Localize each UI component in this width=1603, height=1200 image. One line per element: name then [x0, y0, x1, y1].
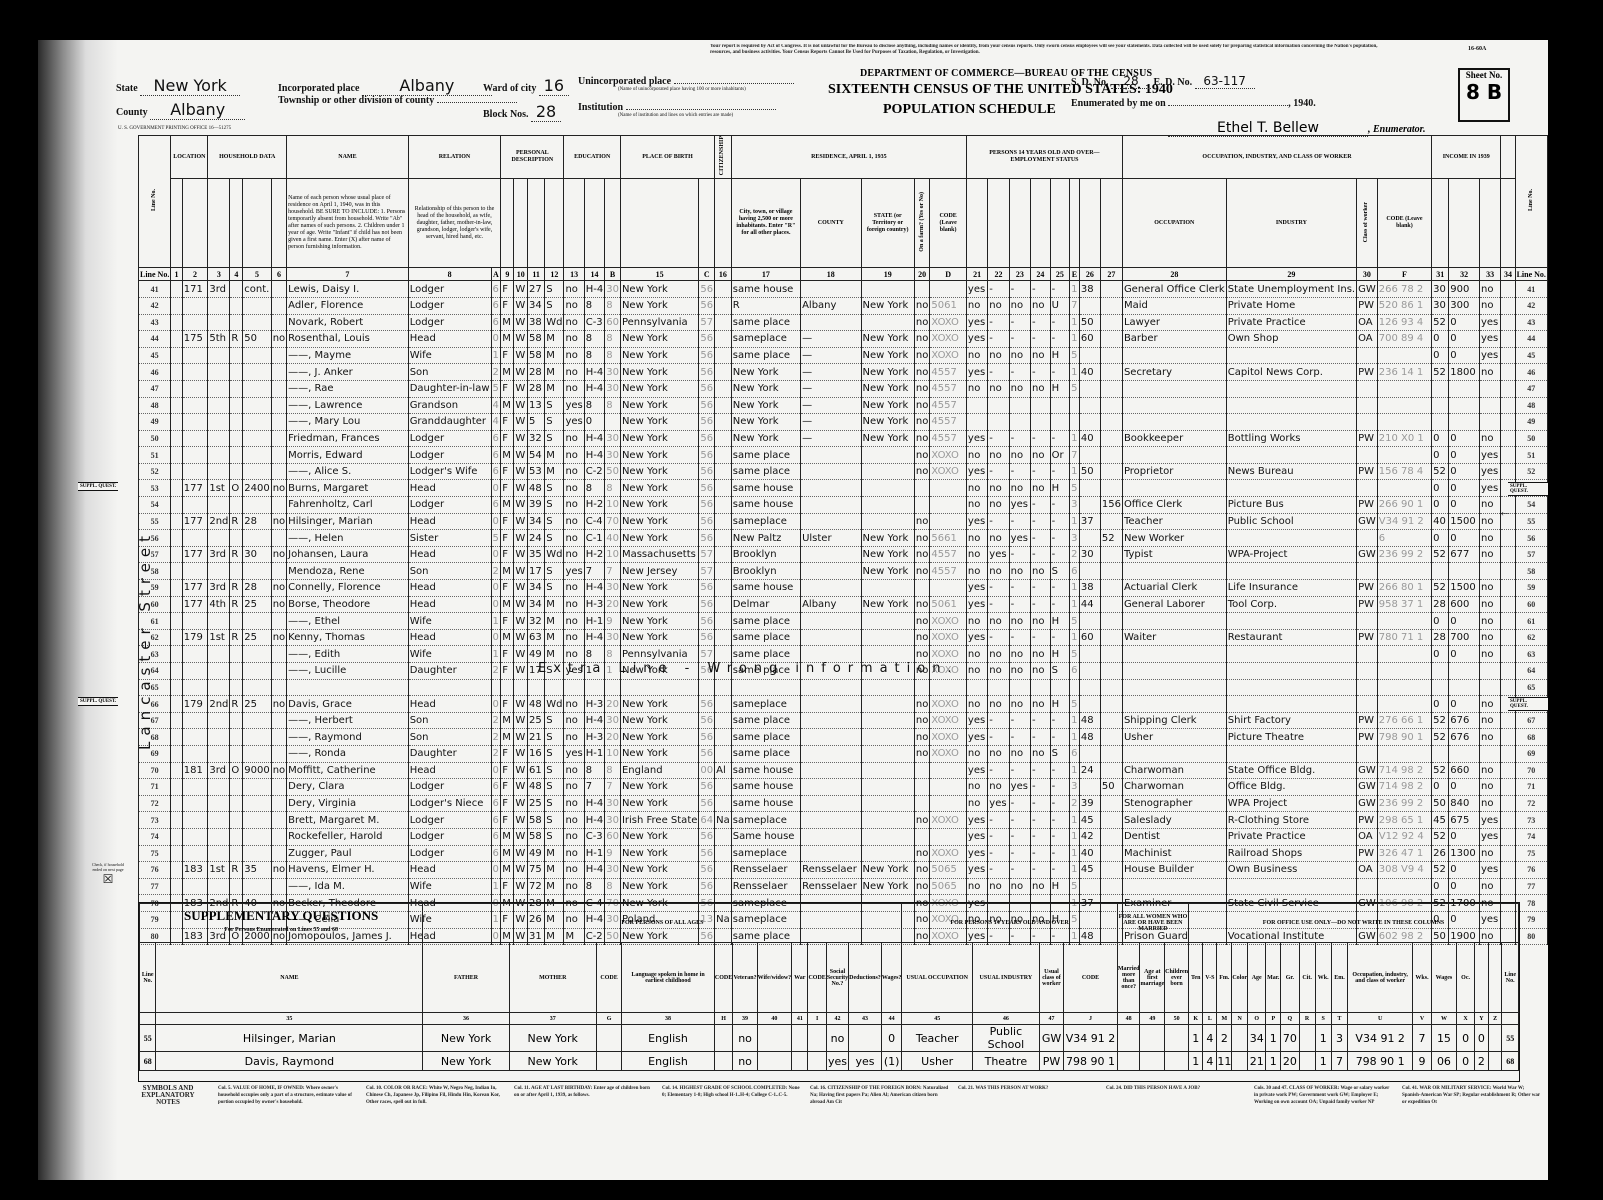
cell-c34 [1501, 878, 1515, 895]
cell-res-county [801, 679, 861, 696]
cell-c32: 0 [1449, 497, 1480, 514]
cell-num [208, 380, 230, 397]
cell-c32: 676 [1449, 712, 1480, 729]
cell-birthplace: New York [620, 364, 698, 381]
cell-res-farm: no [914, 878, 929, 895]
cell-own: R [230, 596, 243, 613]
supp-cell-line: 55 [140, 1025, 156, 1052]
cell-own: R [230, 629, 243, 646]
cell-c21 [966, 397, 987, 414]
cell-grade: H-1 [584, 613, 605, 630]
cell-relation: Head [408, 546, 491, 563]
cell-num [208, 314, 230, 331]
cell-c27 [1100, 364, 1122, 381]
cell-code-a: 6 [491, 845, 501, 862]
cell-c33: no [1479, 364, 1500, 381]
col-21 [966, 179, 987, 268]
cell-school [564, 679, 584, 696]
line-number: 46 [139, 364, 171, 381]
cell-farm [271, 712, 286, 729]
table-row: 49——, Mary LouGranddaughter4FW5Syes0New … [139, 414, 1548, 431]
cell-code-e: 1 [1070, 828, 1080, 845]
cell-house [182, 613, 208, 630]
cell-c25: - [1050, 497, 1069, 514]
cell-code-b: 8 [605, 397, 621, 414]
supp-col-header: Cit. [1299, 943, 1315, 1013]
cell-code-d: XOXO [930, 812, 967, 829]
cell-birthplace: New York [620, 297, 698, 314]
cell-code-e: 5 [1070, 696, 1080, 713]
cell-c25: - [1050, 513, 1069, 530]
cell-code-c: 56 [699, 480, 715, 497]
supp-cell-q: 20 [1281, 1052, 1299, 1071]
supp-col-header: Line No. [140, 943, 156, 1013]
supp-col-header [1474, 943, 1488, 1013]
cell-house [182, 447, 208, 464]
cell-race: W [514, 281, 528, 298]
col-33 [1479, 179, 1500, 268]
cell-res-state: New York [861, 546, 914, 563]
line-number: 51 [139, 447, 171, 464]
cell-code-d [930, 497, 967, 514]
col-23 [1009, 179, 1030, 268]
supp-cell-code-h [714, 1052, 733, 1071]
cell-occupation [1122, 480, 1226, 497]
cell-class: PW [1357, 712, 1378, 729]
line-number-right: 41 [1515, 281, 1547, 298]
cell-occupation: General Laborer [1122, 596, 1226, 613]
cell-industry: Office Bldg. [1226, 779, 1356, 796]
cell-c25 [1050, 414, 1069, 431]
line-number-right: 58 [1515, 563, 1547, 580]
cell-code-c: 00 [699, 762, 715, 779]
cell-c32: 700 [1449, 629, 1480, 646]
cell-industry: Own Business [1226, 862, 1356, 879]
cell-citizen: Al [715, 762, 732, 779]
cell-code-a: 1 [491, 878, 501, 895]
cell-relation: Head [408, 480, 491, 497]
cell-c21 [966, 679, 987, 696]
cell-code-d: XOXO [930, 712, 967, 729]
cell-c23: no [1009, 663, 1030, 680]
cell-own: R [230, 331, 243, 348]
cell-c32: 0 [1449, 530, 1480, 547]
cell-industry: Private Home [1226, 297, 1356, 314]
cell-age: 54 [528, 447, 545, 464]
cell-code-c: 57 [699, 314, 715, 331]
cell-c24: - [1031, 596, 1051, 613]
cell-num [208, 812, 230, 829]
cell-c25: - [1050, 463, 1069, 480]
cell-birthplace: New York [620, 862, 698, 879]
cell-occupation: Usher [1122, 729, 1226, 746]
cell-res-county: — [801, 414, 861, 431]
cell-c21: no [966, 297, 987, 314]
cell-code-e: 1 [1070, 314, 1080, 331]
cell-race: W [514, 347, 528, 364]
cell-age: 24 [528, 530, 545, 547]
supp-col-number: 40 [757, 1013, 792, 1025]
cell-c31: 52 [1432, 729, 1449, 746]
cell-c26: 48 [1079, 729, 1100, 746]
cell-sex: F [501, 430, 514, 447]
cell-farm: no [271, 696, 286, 713]
cell-farm [271, 663, 286, 680]
cell-num [208, 712, 230, 729]
cell-c25: H [1050, 878, 1069, 895]
cell-value: 35 [243, 862, 271, 879]
cell-c27 [1100, 745, 1122, 762]
cell-c32: 900 [1449, 281, 1480, 298]
cell-code-d: XOXO [930, 331, 967, 348]
cell-res-city: sameplace [731, 513, 800, 530]
supp-cell-name: Davis, Raymond [156, 1052, 423, 1071]
cell-code-f: 266 80 1 [1377, 580, 1431, 597]
cell-code-e: 3 [1070, 530, 1080, 547]
cell-sex: F [501, 530, 514, 547]
supp-col-number: 43 [849, 1013, 882, 1025]
cell-value [243, 812, 271, 829]
supp-col-number: X [1457, 1013, 1475, 1025]
cell-res-city [731, 679, 800, 696]
table-row: 661792ndR25noDavis, GraceHead0FW48WdnoH-… [139, 696, 1548, 713]
supp-cell-class: GW [1039, 1025, 1063, 1052]
cell-code-a: 6 [491, 828, 501, 845]
cell-value [243, 613, 271, 630]
supp-cell-mother: New York [509, 1025, 596, 1052]
cell-c27: 156 [1100, 497, 1122, 514]
cell-res-state [861, 629, 914, 646]
cell-c32: 0 [1449, 447, 1480, 464]
cell-c32: 0 [1449, 696, 1480, 713]
cell-citizen [715, 364, 732, 381]
cell-citizen [715, 447, 732, 464]
cell-school: no [564, 596, 584, 613]
cell-code-e: 5 [1070, 347, 1080, 364]
cell-code-f: 780 71 1 [1377, 629, 1431, 646]
cell-marital: S [545, 828, 564, 845]
cell-relation: Son [408, 563, 491, 580]
supp-cell-industry: Theatre [972, 1052, 1039, 1071]
cell-birthplace: New York [620, 828, 698, 845]
cell-code-b: 8 [605, 762, 621, 779]
cell-res-city: New York [731, 364, 800, 381]
cell-value: 9000 [243, 762, 271, 779]
cell-name: Friedman, Frances [287, 430, 409, 447]
cell-code-e: 5 [1070, 646, 1080, 663]
cell-race: W [514, 878, 528, 895]
cell-farm [271, 530, 286, 547]
cell-marital: M [545, 613, 564, 630]
cell-c21: no [966, 745, 987, 762]
cell-c21: yes [966, 364, 987, 381]
cell-birthplace [620, 679, 698, 696]
cell-c27 [1100, 546, 1122, 563]
cell-race: W [514, 297, 528, 314]
cell-code-a: 2 [491, 745, 501, 762]
cell-code-e [1070, 679, 1080, 696]
col-32 [1449, 179, 1480, 268]
cell-marital: S [545, 480, 564, 497]
cell-c22: no [988, 696, 1009, 713]
group-employment-status: PERSONS 14 YEARS OLD AND OVER—EMPLOYMENT… [966, 136, 1122, 179]
cell-race: W [514, 646, 528, 663]
cell-name: Connelly, Florence [287, 580, 409, 597]
cell-res-city: same house [731, 795, 800, 812]
line-number: 42 [139, 297, 171, 314]
industry-header: INDUSTRY [1226, 179, 1356, 268]
cell-c21: no [966, 878, 987, 895]
cell-c33 [1479, 679, 1500, 696]
cell-res-farm [914, 281, 929, 298]
cell-c25: - [1050, 828, 1069, 845]
group-residence-1935: RESIDENCE, APRIL 1, 1935 [731, 136, 966, 179]
cell-sex: F [501, 463, 514, 480]
cell-code-f [1377, 480, 1431, 497]
cell-farm [271, 613, 286, 630]
cell-c32: 0 [1449, 430, 1480, 447]
cell-code-d: 5661 [930, 530, 967, 547]
cell-name: Adler, Florence [287, 297, 409, 314]
line-number-right: 62 [1515, 629, 1547, 646]
cell-own [230, 712, 243, 729]
cell-c34 [1501, 447, 1515, 464]
cell-num: 3rd [208, 762, 230, 779]
cell-c31: 0 [1432, 878, 1449, 895]
cell-res-county [801, 745, 861, 762]
cell-street [171, 430, 182, 447]
cell-res-county: — [801, 364, 861, 381]
cell-num: 3rd [208, 281, 230, 298]
col-34 [1501, 179, 1515, 268]
cell-c22: - [988, 629, 1009, 646]
section-married-women: FOR ALL WOMEN WHO ARE OR HAVE BEEN MARRI… [1117, 904, 1188, 943]
cell-marital: S [545, 563, 564, 580]
cell-num: 3rd [208, 580, 230, 597]
cell-c31: 30 [1432, 297, 1449, 314]
cell-class: GW [1357, 546, 1378, 563]
cell-value [243, 745, 271, 762]
cell-citizen [715, 297, 732, 314]
cell-c32: 1500 [1449, 513, 1480, 530]
line-number-right: 56 [1515, 530, 1547, 547]
cell-c33: no [1479, 795, 1500, 812]
cell-code-c: 56 [699, 862, 715, 879]
cell-c27 [1100, 331, 1122, 348]
cell-res-farm: no [914, 530, 929, 547]
cell-marital: S [545, 513, 564, 530]
supp-col-header: Usual class of worker [1039, 943, 1063, 1013]
cell-street [171, 546, 182, 563]
supplementary-row: 55Hilsinger, MarianNew YorkNew YorkEngli… [140, 1025, 1519, 1052]
cell-name: Dery, Virginia [287, 795, 409, 812]
cell-c27 [1100, 878, 1122, 895]
cell-class: GW [1357, 281, 1378, 298]
cell-c26 [1079, 563, 1100, 580]
cell-age: 48 [528, 696, 545, 713]
cell-c32: 1800 [1449, 364, 1480, 381]
cell-c23: - [1009, 762, 1030, 779]
cell-industry: Tool Corp. [1226, 596, 1356, 613]
line-number-right: 55 [1515, 513, 1547, 530]
check-household-note: Check, if household ended on next page ☒ [88, 862, 128, 887]
cell-code-d: 5065 [930, 878, 967, 895]
cell-citizen [715, 513, 732, 530]
cell-farm [271, 414, 286, 431]
supp-col-number: U [1348, 1013, 1413, 1025]
table-row: 56——, HelenSister5FW24SnoC-140New York56… [139, 530, 1548, 547]
col-citizen [715, 179, 732, 268]
cell-c32 [1449, 679, 1480, 696]
cell-c22: no [988, 497, 1009, 514]
cell-c27 [1100, 613, 1122, 630]
relation-instructions: Relationship of this person to the head … [408, 179, 501, 268]
cell-code-e [1070, 414, 1080, 431]
supp-cell-line: 68 [140, 1052, 156, 1071]
cell-own [230, 745, 243, 762]
cell-occupation: Shipping Clerk [1122, 712, 1226, 729]
cell-c21: no [966, 546, 987, 563]
supp-cell-code-j: 798 90 1 [1064, 1052, 1118, 1071]
cell-code-f: 714 98 2 [1377, 779, 1431, 796]
cell-own [230, 828, 243, 845]
cell-industry: Private Practice [1226, 314, 1356, 331]
cell-race: W [514, 546, 528, 563]
cell-code-a: 6 [491, 297, 501, 314]
column-number: 11 [528, 268, 545, 281]
cell-relation: Lodger [408, 430, 491, 447]
cell-grade: H-3 [584, 696, 605, 713]
note-block: Col. 21. WAS THIS PERSON AT WORK? [958, 1085, 1098, 1092]
cell-c25: - [1050, 629, 1069, 646]
cell-relation: Daughter [408, 745, 491, 762]
cell-res-city: same place [731, 347, 800, 364]
cell-marital: S [545, 812, 564, 829]
cell-code-c: 56 [699, 380, 715, 397]
line-number-right: 49 [1515, 414, 1547, 431]
cell-c31: 30 [1432, 281, 1449, 298]
supp-cell-c48 [1117, 1025, 1140, 1052]
cell-code-d: 4557 [930, 414, 967, 431]
cell-marital: S [545, 712, 564, 729]
cell-c24: - [1031, 546, 1051, 563]
cell-code-d [930, 580, 967, 597]
cell-school: yes [564, 745, 584, 762]
supp-col-number: L [1203, 1013, 1217, 1025]
cell-res-county [801, 812, 861, 829]
res-code-header: CODE (Leave blank) [930, 179, 967, 268]
cell-res-county: — [801, 430, 861, 447]
column-number: 5 [243, 268, 271, 281]
cell-code-a: 6 [491, 812, 501, 829]
cell-code-f [1377, 563, 1431, 580]
cell-c25: - [1050, 762, 1069, 779]
supp-cell-v: 9 [1413, 1052, 1431, 1071]
cell-birthplace: Pennsylvania [620, 314, 698, 331]
cell-c21: no [966, 646, 987, 663]
cell-school: no [564, 447, 584, 464]
cell-code-d: XOXO [930, 347, 967, 364]
cell-code-c [699, 679, 715, 696]
line-number-right: 48 [1515, 397, 1547, 414]
supp-cell-c40 [757, 1052, 792, 1071]
cell-birthplace: New York [620, 347, 698, 364]
cell-res-city: same house [731, 281, 800, 298]
cell-industry: Own Shop [1226, 331, 1356, 348]
line-number: 54 [139, 497, 171, 514]
cell-school: no [564, 729, 584, 746]
supp-cell-k: 1 [1189, 1025, 1203, 1052]
table-row: 52——, Alice S.Lodger's Wife6FW53MnoC-250… [139, 463, 1548, 480]
cell-code-d: 4557 [930, 546, 967, 563]
cell-age: 5 [528, 414, 545, 431]
line-number: 72 [139, 795, 171, 812]
cell-value [243, 563, 271, 580]
cell-citizen [715, 613, 732, 630]
cell-res-county [801, 447, 861, 464]
cell-relation: Daughter [408, 663, 491, 680]
cell-street [171, 314, 182, 331]
cell-occupation: Maid [1122, 297, 1226, 314]
line-number: 53 [139, 480, 171, 497]
cell-age: 61 [528, 762, 545, 779]
cell-code-f: 520 86 1 [1377, 297, 1431, 314]
cell-res-city: New York [731, 397, 800, 414]
col-race [514, 179, 528, 268]
cell-value [243, 530, 271, 547]
cell-res-state: New York [861, 331, 914, 348]
cell-c24: - [1031, 530, 1051, 547]
cell-code-b: 10 [605, 497, 621, 514]
cell-occupation: Stenographer [1122, 795, 1226, 812]
cell-c22: - [988, 513, 1009, 530]
cell-c23: - [1009, 712, 1030, 729]
cell-citizen: Na [715, 812, 732, 829]
cell-c22: no [988, 297, 1009, 314]
cell-c24: no [1031, 297, 1051, 314]
column-number: 28 [1122, 268, 1226, 281]
block-field: Block Nos. 28 [483, 102, 561, 122]
cell-res-state [861, 762, 914, 779]
cell-birthplace: New York [620, 596, 698, 613]
institution-field: Institution (Name of institution and lin… [578, 102, 776, 118]
cell-c27 [1100, 380, 1122, 397]
column-number: 10 [514, 268, 528, 281]
cell-res-city: sameplace [731, 845, 800, 862]
supp-cell-c42: yes [826, 1052, 848, 1071]
cell-house: 175 [182, 331, 208, 348]
cell-name: Zugger, Paul [287, 845, 409, 862]
cell-c31: 0 [1432, 696, 1449, 713]
cell-num [208, 447, 230, 464]
cell-c23: no [1009, 447, 1030, 464]
cell-house [182, 745, 208, 762]
cell-relation: Son [408, 364, 491, 381]
cell-citizen [715, 331, 732, 348]
cell-c22: yes [988, 795, 1009, 812]
cell-grade: 7 [584, 779, 605, 796]
cell-c31: 40 [1432, 513, 1449, 530]
cell-code-e: 6 [1070, 663, 1080, 680]
cell-age: 72 [528, 878, 545, 895]
cell-num [208, 497, 230, 514]
cell-c31: 0 [1432, 530, 1449, 547]
cell-c32 [1449, 745, 1480, 762]
cell-name: ——, Helen [287, 530, 409, 547]
cell-own [230, 364, 243, 381]
cell-industry [1226, 646, 1356, 663]
cell-farm [271, 878, 286, 895]
